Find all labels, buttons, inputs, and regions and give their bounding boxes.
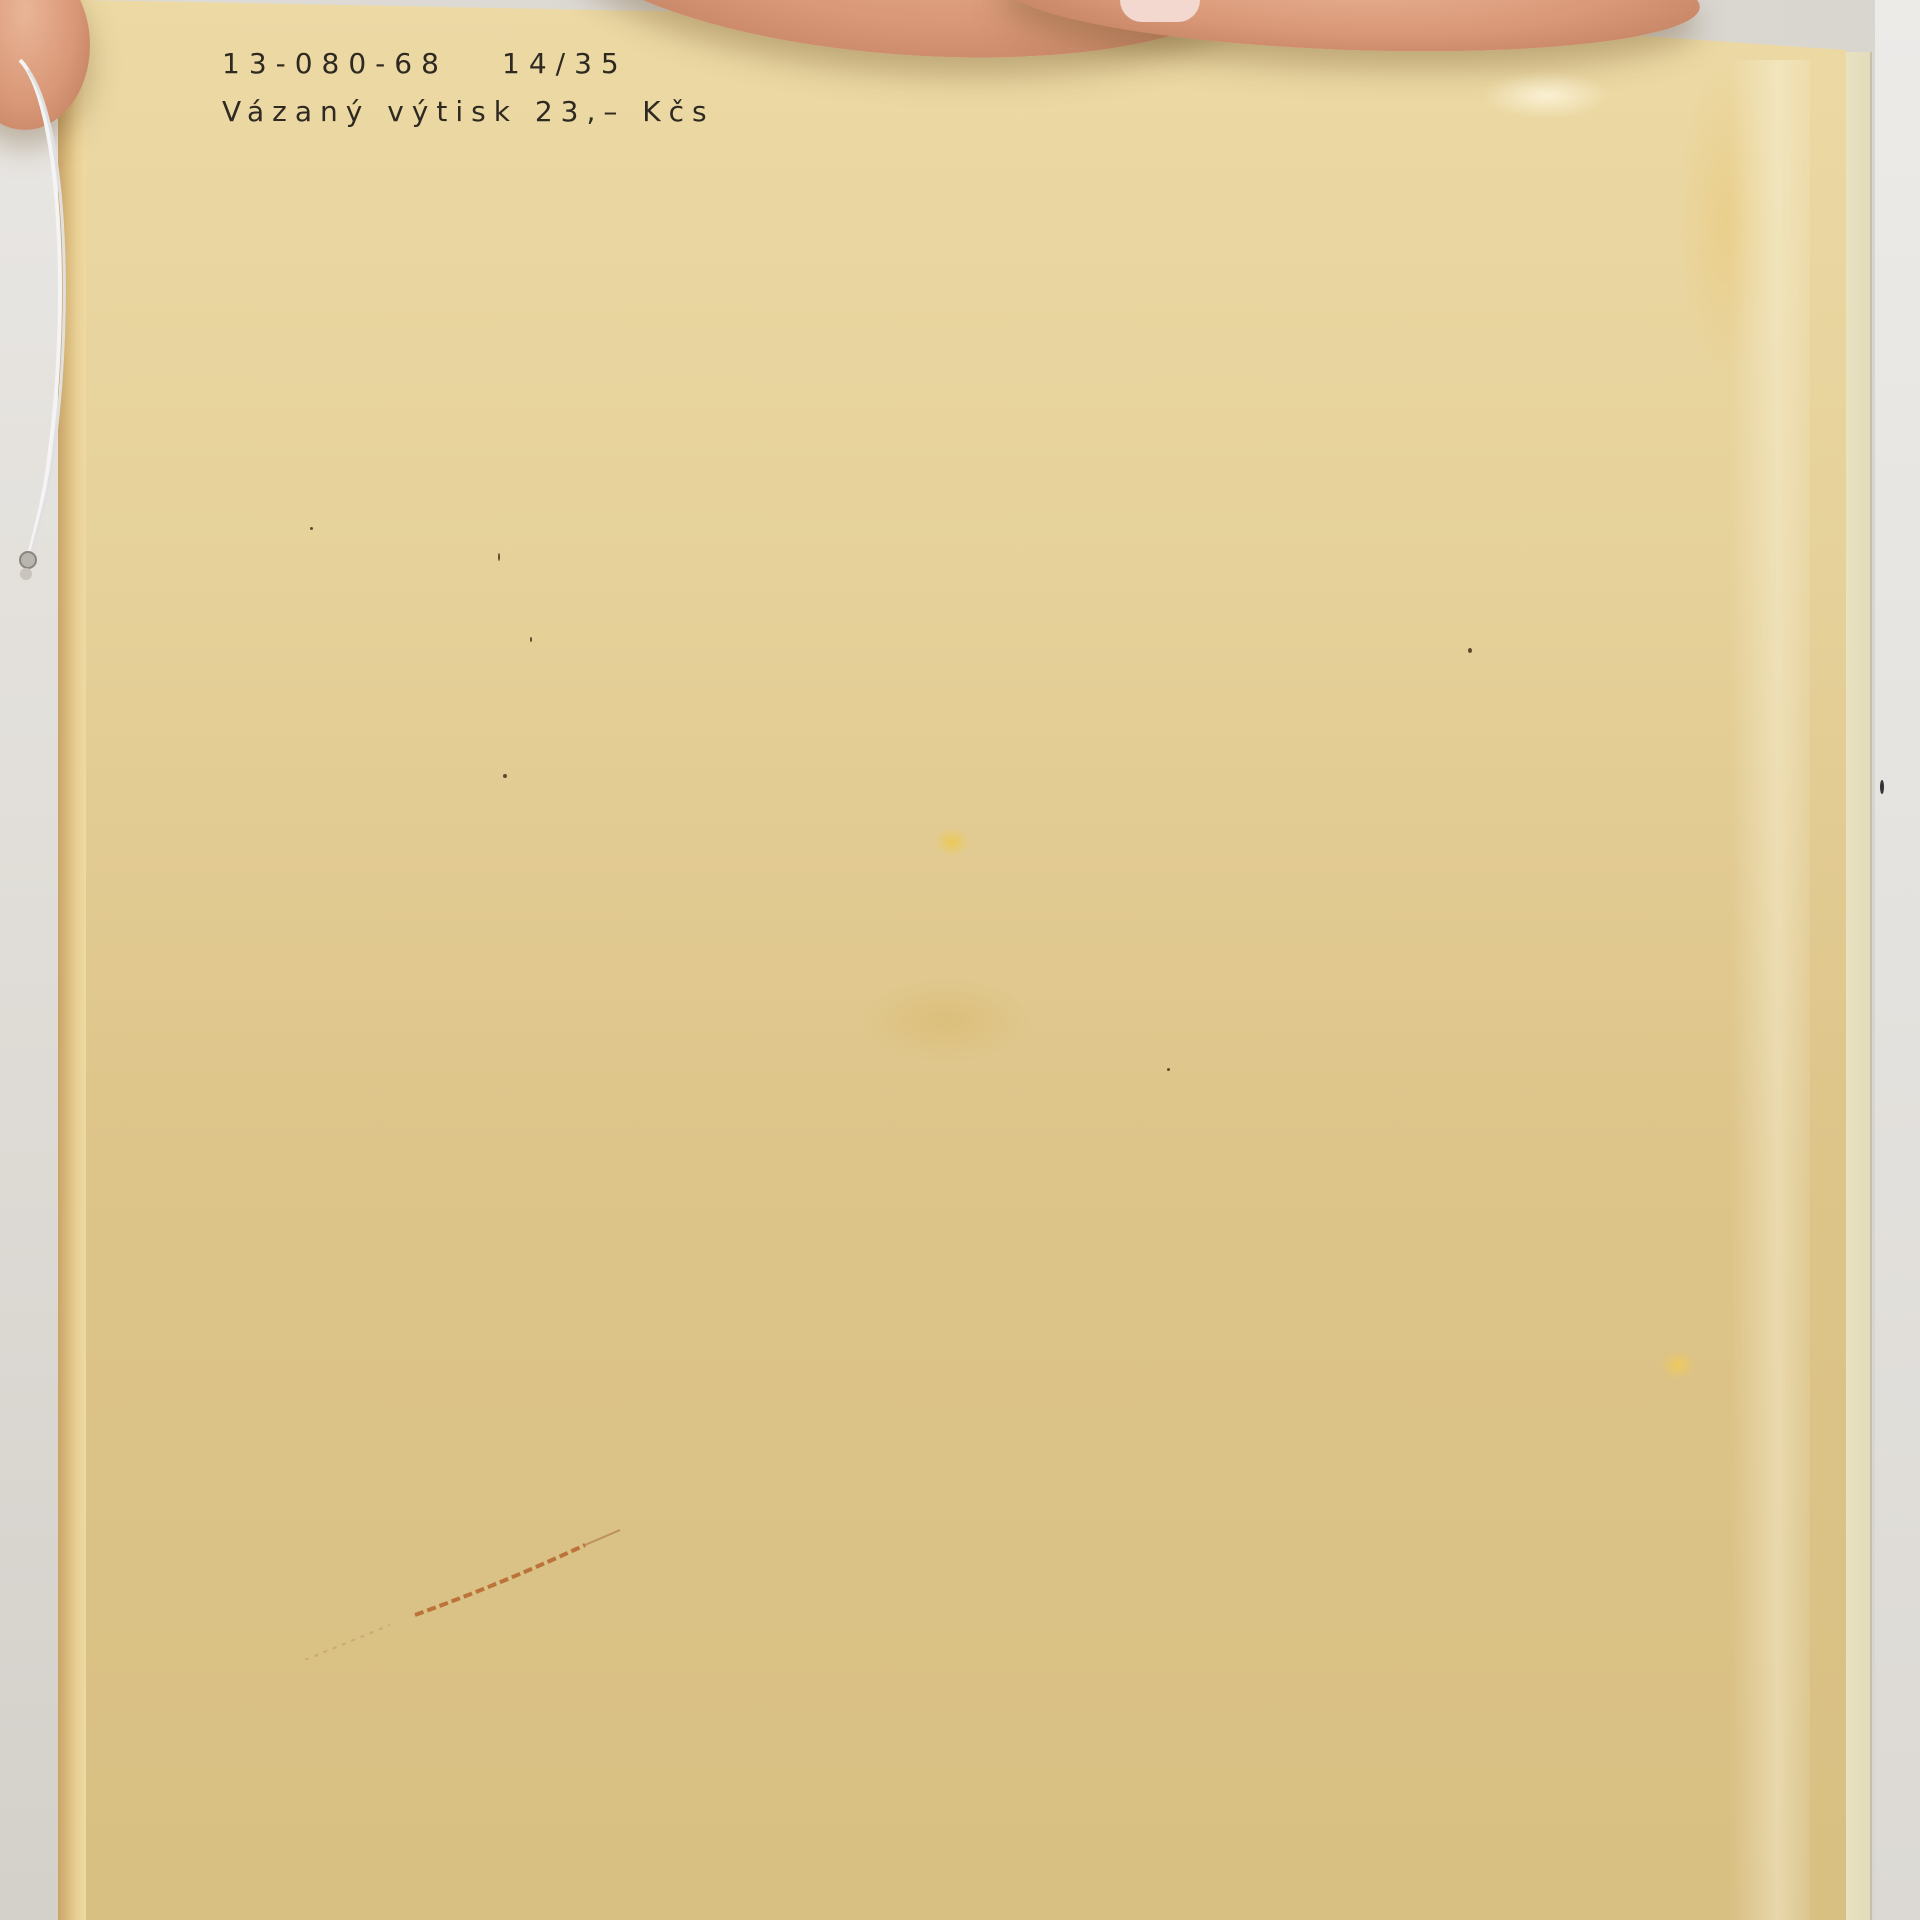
fingernail xyxy=(1120,0,1200,22)
binding-price: Vázaný výtisk 23,– Kčs xyxy=(222,88,715,136)
catalog-number: 13-080-68 xyxy=(222,40,502,88)
background-wall-right xyxy=(1875,0,1920,1920)
book-back-cover xyxy=(86,0,1846,1920)
cover-speck xyxy=(498,553,500,561)
cover-edge-highlight xyxy=(1730,60,1810,1920)
cover-speck xyxy=(530,637,532,642)
imprint-row-1: 13-080-68 14/35 xyxy=(222,40,715,88)
cover-speck xyxy=(1468,648,1472,653)
imprint-row-2: Vázaný výtisk 23,– Kčs xyxy=(222,88,715,136)
cover-imprint: 13-080-68 14/35 Vázaný výtisk 23,– Kčs xyxy=(222,40,715,136)
sheet-count: 14/35 xyxy=(502,40,628,88)
photo-scene: 13-080-68 14/35 Vázaný výtisk 23,– Kčs xyxy=(0,0,1920,1920)
cover-speck xyxy=(503,774,507,778)
edge-speck xyxy=(1880,780,1884,794)
book-spine-edge xyxy=(58,0,90,1920)
cover-speck xyxy=(310,527,313,530)
cover-speck xyxy=(1167,1068,1170,1071)
